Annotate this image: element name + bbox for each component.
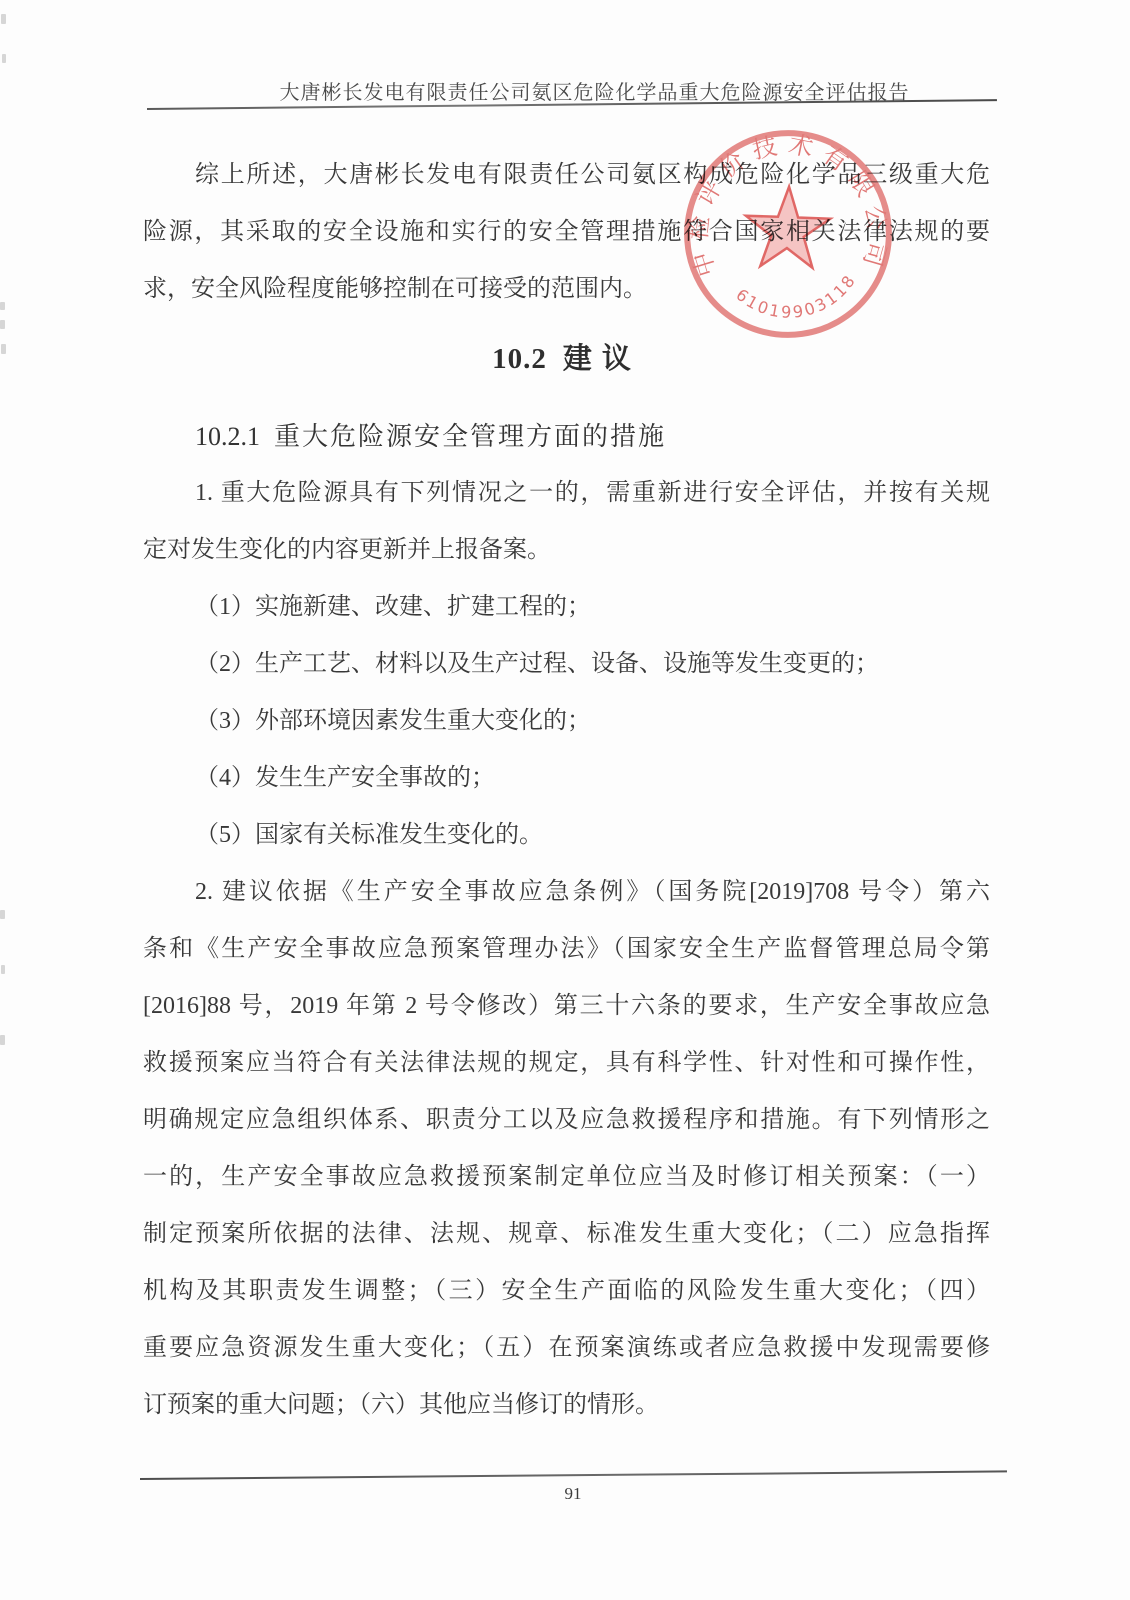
text-line: 2. 建议依据《生产安全事故应急条例》（国务院[2019]708 号令）第六 bbox=[143, 864, 990, 921]
text-line: 1. 重大危险源具有下列情况之一的，需重新进行安全评估，并按有关规 bbox=[143, 465, 990, 522]
scan-artifact bbox=[0, 320, 5, 329]
heading-title: 建议 bbox=[563, 343, 641, 375]
section-heading: 10.2建议 bbox=[143, 331, 990, 388]
heading-title: 重大危险源安全管理方面的措施 bbox=[274, 422, 666, 451]
scan-artifact bbox=[1, 14, 6, 24]
text-line: 救援预案应当符合有关法律法规的规定，具有科学性、针对性和可操作性， bbox=[143, 1035, 990, 1092]
paragraph: 2. 建议依据《生产安全事故应急条例》（国务院[2019]708 号令）第六条和… bbox=[143, 864, 990, 1434]
scan-artifact bbox=[2, 54, 6, 63]
text-line: 重要应急资源发生重大变化；（五）在预案演练或者应急救援中发现需要修 bbox=[143, 1320, 990, 1377]
paragraph: 1. 重大危险源具有下列情况之一的，需重新进行安全评估，并按有关规定对发生变化的… bbox=[143, 465, 990, 579]
paragraph: 综上所述，大唐彬长发电有限责任公司氨区构成危险化学品三级重大危险源，其采取的安全… bbox=[143, 147, 990, 318]
text-line: 明确规定应急组织体系、职责分工以及应急救援程序和措施。有下列情形之 bbox=[143, 1092, 990, 1149]
text-line: 条和《生产安全事故应急预案管理办法》（国家安全生产监督管理总局令第 bbox=[143, 921, 990, 978]
text-line: 订预案的重大问题；（六）其他应当修订的情形。 bbox=[143, 1377, 990, 1434]
document-body: 综上所述，大唐彬长发电有限责任公司氨区构成危险化学品三级重大危险源，其采取的安全… bbox=[143, 147, 990, 1434]
list-item: （4）发生生产安全事故的； bbox=[143, 750, 990, 807]
document-page: 大唐彬长发电有限责任公司氨区危险化学品重大危险源安全评估报告 综上所述，大唐彬长… bbox=[0, 0, 1130, 1600]
heading-number: 10.2.1 bbox=[195, 422, 260, 451]
text-line: 险源，其采取的安全设施和实行的安全管理措施符合国家相关法律法规的要 bbox=[143, 204, 990, 261]
subsection-heading: 10.2.1重大危险源安全管理方面的措施 bbox=[143, 408, 990, 465]
footer-rule bbox=[140, 1470, 1007, 1480]
text-line: 一的，生产安全事故应急救援预案制定单位应当及时修订相关预案：（一） bbox=[143, 1149, 990, 1206]
list-item: （1）实施新建、改建、扩建工程的； bbox=[143, 579, 990, 636]
scan-artifact bbox=[0, 910, 5, 919]
text-line: 定对发生变化的内容更新并上报备案。 bbox=[143, 522, 990, 579]
text-line: 综上所述，大唐彬长发电有限责任公司氨区构成危险化学品三级重大危 bbox=[143, 147, 990, 204]
list-item: （5）国家有关标准发生变化的。 bbox=[143, 807, 990, 864]
list-item: （2）生产工艺、材料以及生产过程、设备、设施等发生变更的； bbox=[143, 636, 990, 693]
text-line: 求，安全风险程度能够控制在可接受的范围内。 bbox=[143, 261, 990, 318]
heading-number: 10.2 bbox=[492, 343, 547, 375]
text-line: 机构及其职责发生调整；（三）安全生产面临的风险发生重大变化；（四） bbox=[143, 1263, 990, 1320]
text-line: [2016]88 号，2019 年第 2 号令修改）第三十六条的要求，生产安全事… bbox=[143, 978, 990, 1035]
scan-artifact bbox=[0, 1035, 5, 1045]
scan-artifact bbox=[1, 344, 6, 354]
text-line: 制定预案所依据的法律、法规、规章、标准发生重大变化；（二）应急指挥 bbox=[143, 1206, 990, 1263]
list-block: （1）实施新建、改建、扩建工程的；（2）生产工艺、材料以及生产过程、设备、设施等… bbox=[143, 579, 990, 864]
page-number: 91 bbox=[143, 1484, 1003, 1504]
scan-artifact bbox=[0, 302, 5, 310]
list-item: （3）外部环境因素发生重大变化的； bbox=[143, 693, 990, 750]
scan-artifact bbox=[1, 965, 5, 974]
